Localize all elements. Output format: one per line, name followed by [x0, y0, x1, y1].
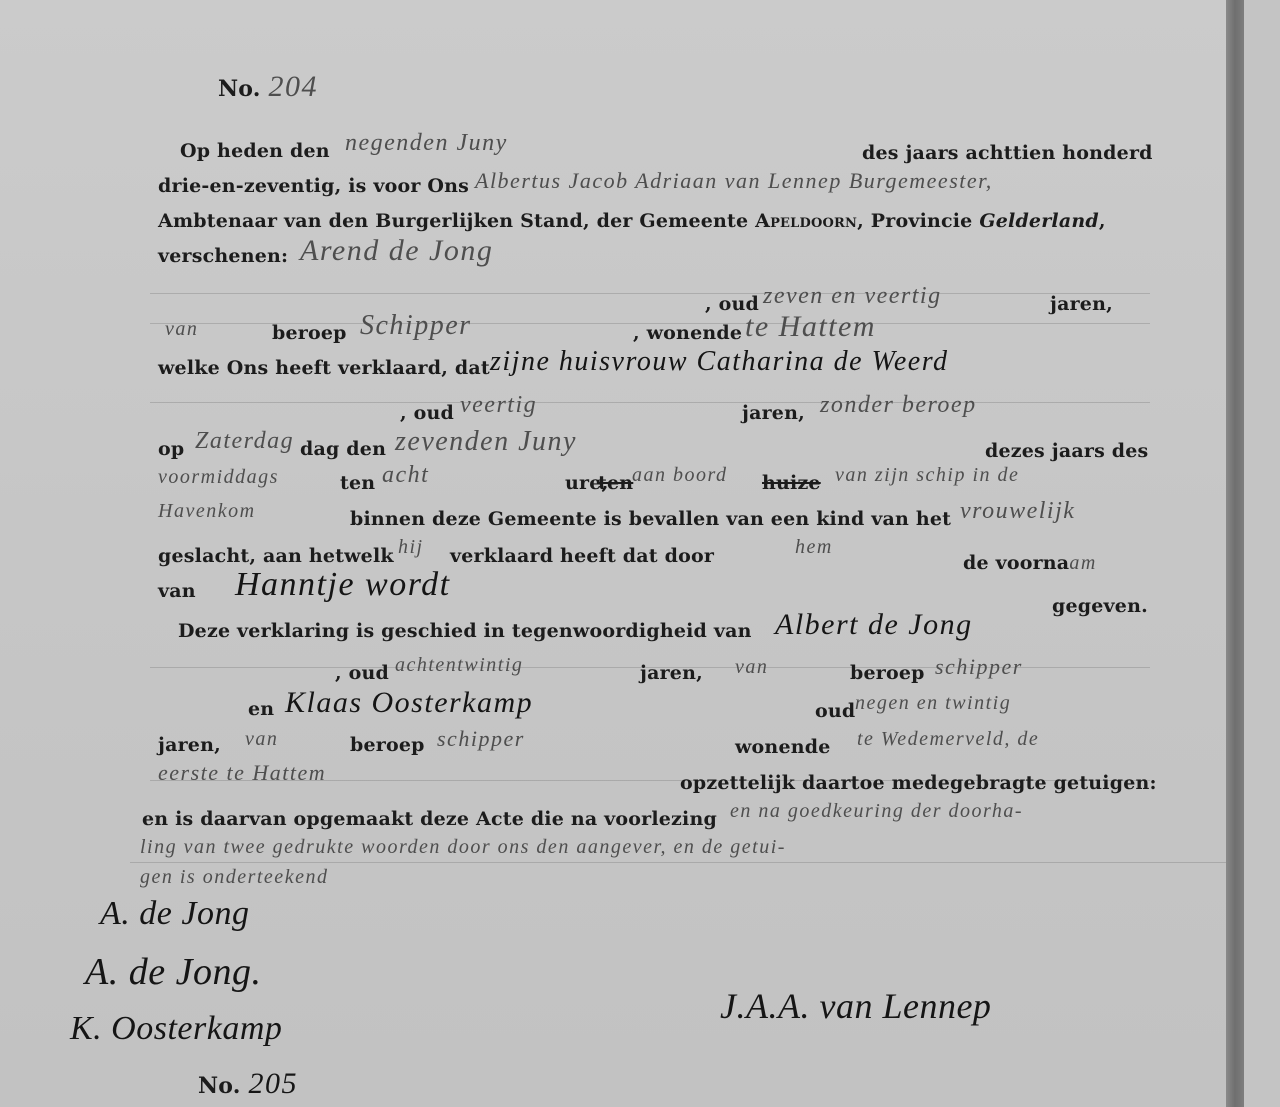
line-10: ten	[340, 472, 375, 494]
handwritten-harbor: Havenkom	[158, 500, 256, 523]
line-6: beroep	[272, 322, 347, 344]
handwritten-mother-age: veertig	[460, 392, 537, 419]
line-8: , oud	[400, 402, 454, 424]
handwritten-van-2: van	[735, 656, 768, 679]
handwritten-weekday: Zaterdag	[195, 428, 294, 455]
line-1: Op heden den	[180, 140, 330, 162]
handwritten-witness-2: Klaas Oosterkamp	[285, 686, 533, 720]
page-binding-edge	[1226, 0, 1244, 1107]
line-12: geslacht, aan hetwelk	[158, 545, 394, 567]
handwritten-date: negenden Juny	[345, 130, 508, 157]
handwritten-witness-1-occupation: schipper	[935, 654, 1023, 680]
handwritten-him: hem	[795, 536, 833, 559]
line-13-end: gegeven.	[1052, 595, 1148, 617]
signature-witness-1: A. de Jong	[100, 895, 249, 933]
line-8-mid: jaren,	[742, 402, 805, 424]
handwritten-van-3: van	[245, 728, 278, 751]
handwritten-mother-occupation: zonder beroep	[820, 392, 977, 419]
line-1-end: des jaars achttien honderd	[862, 142, 1153, 164]
handwritten-hour: acht	[382, 462, 429, 489]
line-12-end: de voornaam	[963, 552, 1097, 575]
ruled-line	[150, 293, 1150, 294]
line-16-oud: oud	[815, 700, 855, 722]
line-18: opzettelijk daartoe medegebragte getuige…	[680, 772, 1157, 794]
signature-official: J.A.A. van Lennep	[720, 985, 991, 1027]
line-9-mid: dag den	[300, 438, 386, 460]
line-13: van	[158, 580, 196, 602]
handwritten-van: van	[165, 318, 198, 341]
register-page: No. 204 Op heden den negenden Juny des j…	[0, 0, 1230, 1107]
handwritten-time-of-day: voormiddags	[158, 466, 279, 489]
handwritten-mother: zijne huisvrouw Catharina de Weerd	[490, 346, 949, 378]
handwritten-witness-2-residence: te Wedemerveld, de	[857, 728, 1039, 751]
line-6-mid: , wonende	[633, 322, 742, 344]
handwritten-closing-1: en na goedkeuring der doorha-	[730, 800, 1023, 823]
handwritten-closing-2: ling van twee gedrukte woorden door ons …	[140, 836, 786, 859]
line-9-end: dezes jaars des	[985, 440, 1148, 462]
ruled-line	[150, 402, 1150, 403]
handwritten-closing-3: gen is onderteekend	[140, 866, 328, 889]
signature-declarant: A. de Jong.	[85, 950, 261, 994]
handwritten-official-name: Albertus Jacob Adriaan van Lennep Burgem…	[475, 168, 993, 194]
handwritten-occupation: Schipper	[360, 310, 472, 342]
line-16: en	[248, 698, 274, 720]
line-17-beroep: beroep	[350, 734, 425, 756]
line-4: verschenen:	[158, 245, 288, 267]
handwritten-aboard: aan boord	[632, 464, 728, 487]
adjacent-page-margin	[1244, 0, 1280, 1107]
municipality: Apeldoorn	[755, 210, 857, 232]
handwritten-witness-2-age: negen en twintig	[855, 692, 1011, 715]
line-15-beroep: beroep	[850, 662, 925, 684]
handwritten-sex: vrouwelijk	[960, 498, 1075, 525]
line-11: binnen deze Gemeente is bevallen van een…	[350, 508, 951, 530]
line-15: , oud	[335, 662, 389, 684]
handwritten-birth-date: zevenden Juny	[395, 426, 577, 458]
line-5-end: jaren,	[1050, 293, 1113, 315]
handwritten-witness-2-occupation: schipper	[437, 726, 525, 752]
line-14: Deze verklaring is geschied in tegenwoor…	[178, 620, 752, 642]
record-number: No. 204	[218, 70, 318, 104]
handwritten-ship: van zijn schip in de	[835, 464, 1019, 487]
ruled-line	[130, 862, 1230, 863]
line-3: Ambtenaar van den Burgerlijken Stand, de…	[158, 210, 1106, 232]
next-record-number: No. 205	[198, 1067, 298, 1101]
handwritten-declarant: Arend de Jong	[300, 234, 493, 268]
line-17: jaren,	[158, 734, 221, 756]
line-19: en is daarvan opgemaakt deze Acte die na…	[142, 808, 717, 830]
handwritten-witness-1: Albert de Jong	[775, 608, 973, 642]
handwritten-witness-1-residence: eerste te Hattem	[158, 760, 326, 786]
handwritten-witness-1-age: achtentwintig	[395, 654, 523, 677]
signature-witness-2: K. Oosterkamp	[70, 1010, 282, 1048]
handwritten-child-name: Hanntje wordt	[235, 566, 451, 604]
handwritten-age: zeven en veertig	[763, 283, 942, 310]
province: Gelderland	[979, 210, 1099, 232]
line-15-mid: jaren,	[640, 662, 703, 684]
line-7: welke Ons heeft verklaard, dat	[158, 357, 490, 379]
line-2: drie-en-zeventig, is voor Ons	[158, 175, 469, 197]
struck-word-huize: huize	[762, 472, 821, 494]
line-9: op	[158, 438, 184, 460]
line-12-mid: verklaard heeft dat door	[450, 545, 714, 567]
handwritten-he: hij	[398, 536, 424, 559]
line-17-wonende: wonende	[735, 736, 831, 758]
struck-word-ten: ten	[598, 472, 633, 494]
handwritten-residence: te Hattem	[745, 310, 876, 344]
